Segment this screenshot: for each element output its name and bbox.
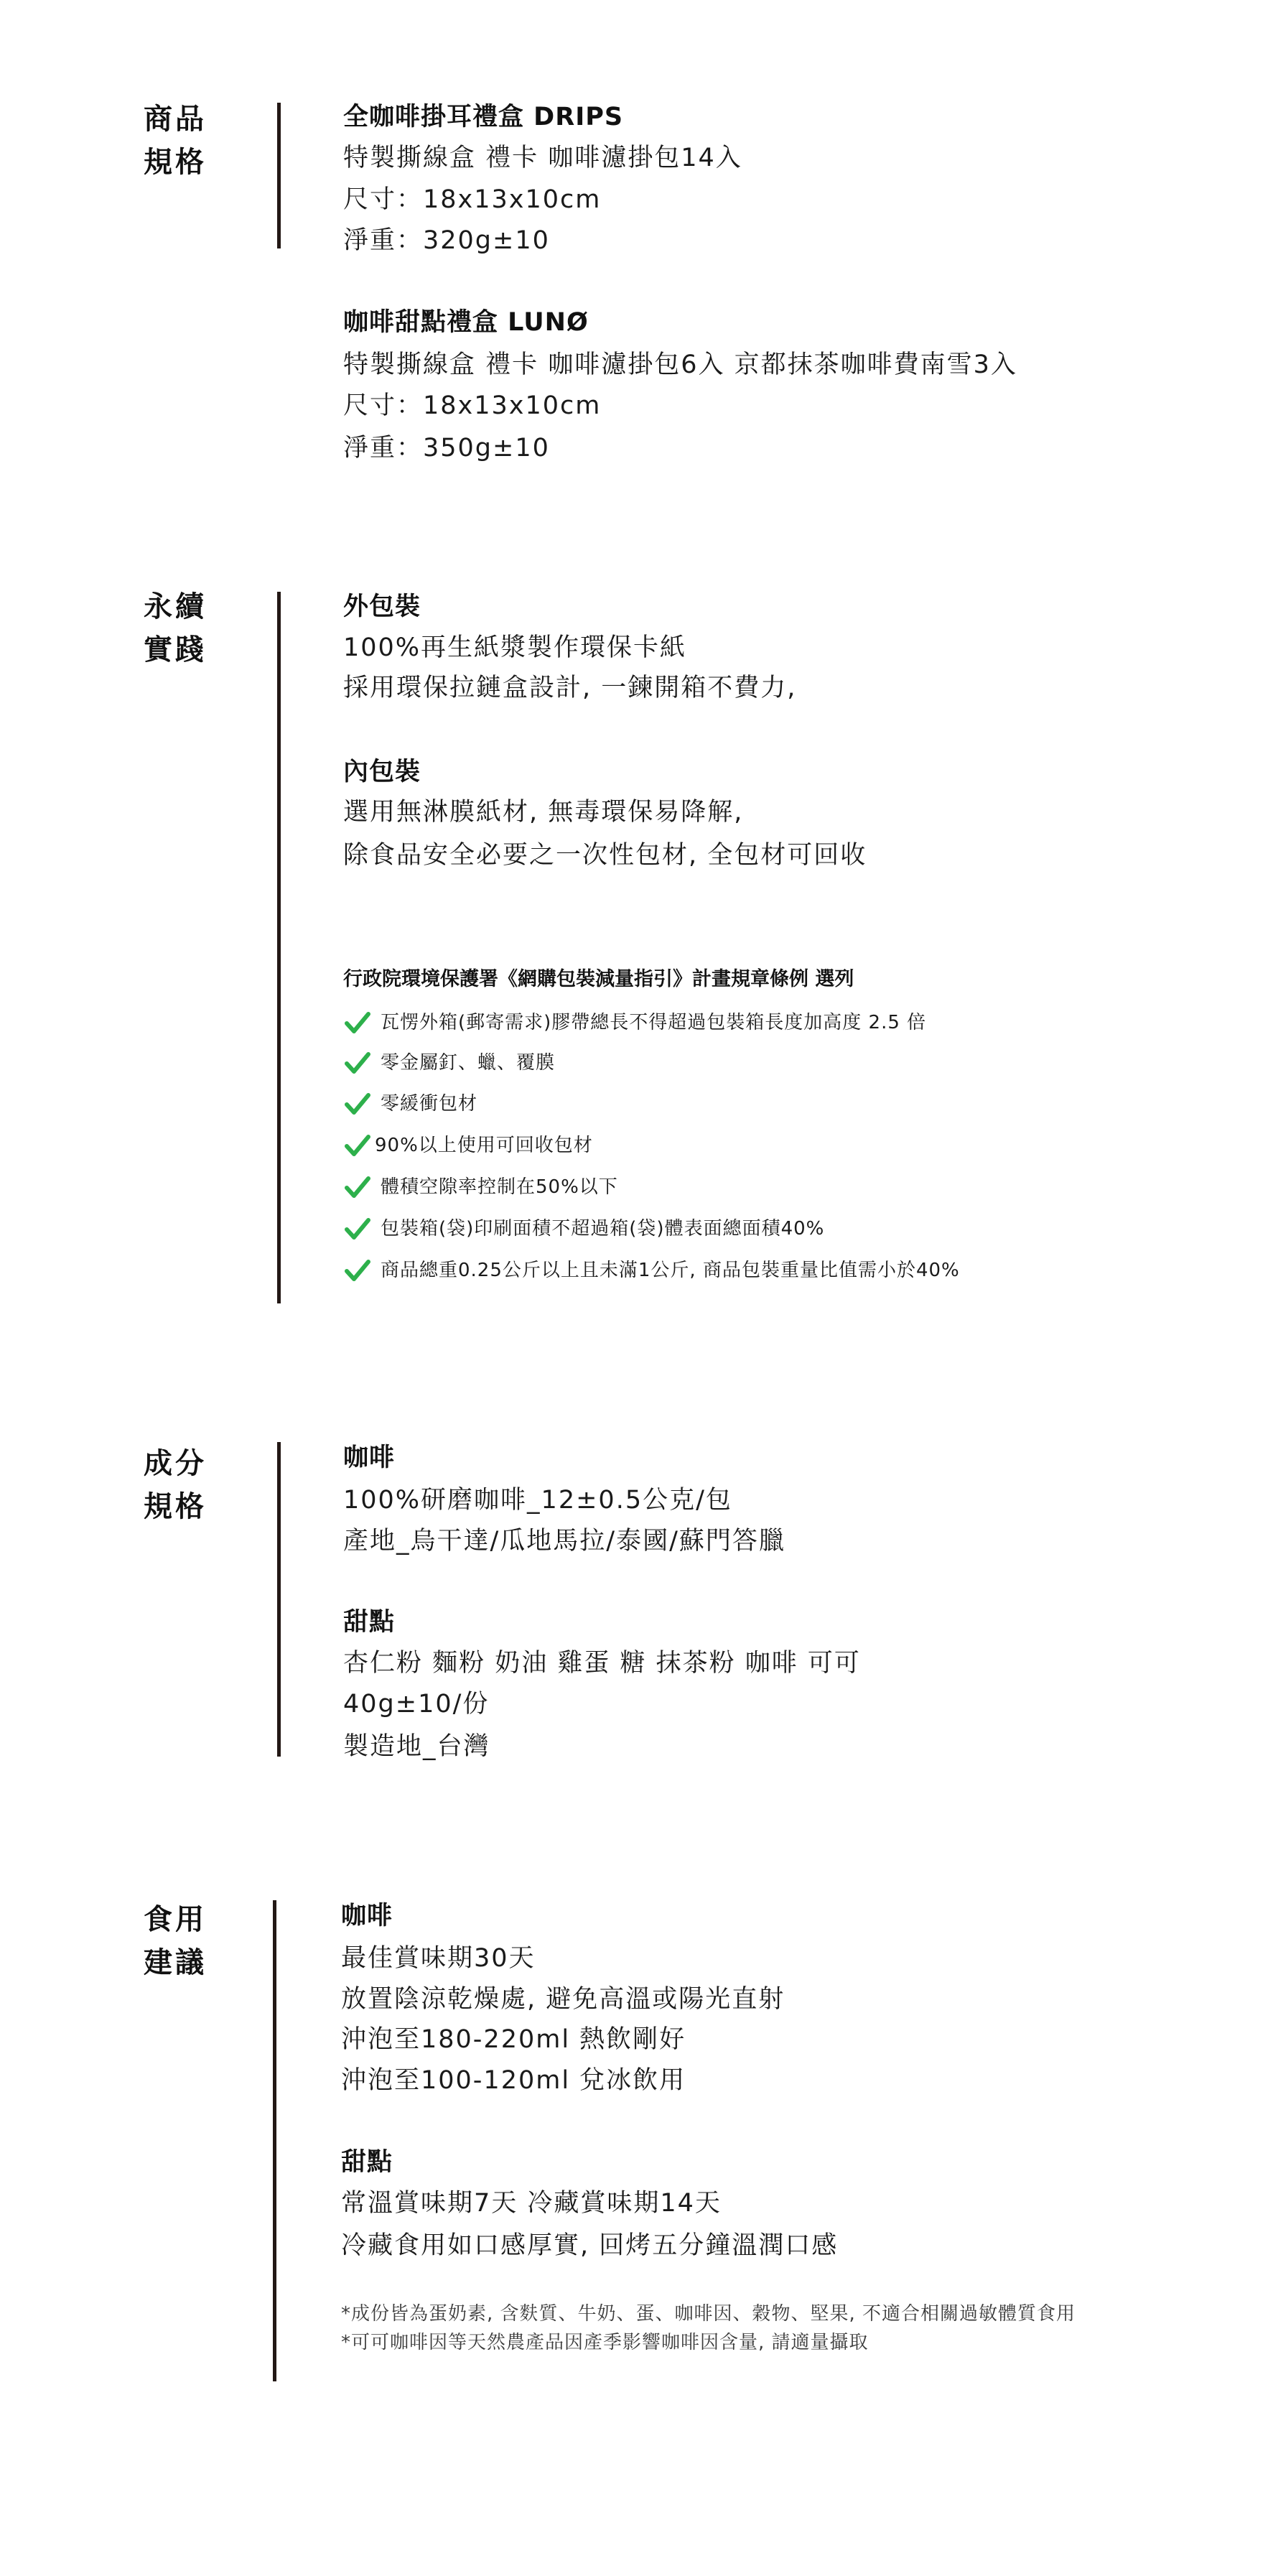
coffee-line: 100%研磨咖啡_12±0.5公克/包 xyxy=(343,1484,732,1516)
section-label: 商品 規格 xyxy=(144,98,223,184)
label-line-2: 規格 xyxy=(144,141,223,184)
product-line: 淨重：320g±10 xyxy=(343,225,550,256)
dessert-line: 製造地_台灣 xyxy=(343,1731,490,1762)
divider-line xyxy=(277,592,281,1303)
regulation-item: 商品總重0.25公斤以上且未滿1公斤, 商品包裝重量比值需小於40% xyxy=(343,1257,960,1283)
label-line-2: 規格 xyxy=(144,1485,223,1528)
divider-line xyxy=(277,103,281,248)
inner-packaging-title: 內包裝 xyxy=(343,756,421,788)
regulation-item: 包裝箱(袋)印刷面積不超過箱(袋)體表面總面積40% xyxy=(343,1216,824,1242)
coffee-line: 最佳賞味期30天 xyxy=(341,1943,536,1974)
product-title: 全咖啡掛耳禮盒 DRIPS xyxy=(343,101,623,133)
check-icon xyxy=(343,1216,372,1242)
inner-packaging-line: 選用無淋膜紙材, 無毒環保易降解, xyxy=(343,796,743,828)
dessert-title: 甜點 xyxy=(341,2147,393,2178)
check-icon xyxy=(343,1091,372,1117)
footnote: *成份皆為蛋奶素, 含麩質、牛奶、蛋、咖啡因、穀物、堅果, 不適合相關過敏體質食… xyxy=(341,2301,1076,2327)
regulation-item: 90%以上使用可回收包材 xyxy=(343,1133,593,1158)
product-line: 淨重：350g±10 xyxy=(343,432,550,464)
product-line: 特製撕線盒 禮卡 咖啡濾掛包6入 京都抹茶咖啡費南雪3入 xyxy=(343,349,1017,381)
label-line-1: 成分 xyxy=(144,1442,223,1485)
coffee-line: 產地_烏干達/瓜地馬拉/泰國/蘇門答臘 xyxy=(343,1525,785,1557)
regulation-item-text: 零金屬釘、蠟、覆膜 xyxy=(381,1050,555,1076)
label-line-2: 實踐 xyxy=(144,628,223,671)
regulation-item-text: 包裝箱(袋)印刷面積不超過箱(袋)體表面總面積40% xyxy=(381,1216,824,1242)
regulation-item-text: 90%以上使用可回收包材 xyxy=(375,1133,593,1158)
regulation-title: 行政院環境保護署《網購包裝減量指引》計畫規章條例 選列 xyxy=(343,967,854,992)
dessert-line: 常溫賞味期7天 冷藏賞味期14天 xyxy=(341,2187,722,2219)
check-icon xyxy=(343,1174,372,1200)
regulation-item-text: 商品總重0.25公斤以上且未滿1公斤, 商品包裝重量比值需小於40% xyxy=(381,1257,960,1283)
regulation-item-text: 零緩衝包材 xyxy=(381,1091,477,1117)
coffee-title: 咖啡 xyxy=(343,1442,395,1474)
section-label: 永續 實踐 xyxy=(144,585,223,671)
dessert-title: 甜點 xyxy=(343,1606,395,1638)
coffee-line: 放置陰涼乾燥處, 避免高溫或陽光直射 xyxy=(341,1984,785,2015)
regulation-item: 瓦愣外箱(郵寄需求)膠帶總長不得超過包裝箱長度加高度 2.5 倍 xyxy=(343,1010,926,1036)
regulation-item: 零金屬釘、蠟、覆膜 xyxy=(343,1050,555,1076)
product-line: 尺寸：18x13x10cm xyxy=(343,184,601,215)
dessert-line: 冷藏食用如口感厚實, 回烤五分鐘溫潤口感 xyxy=(341,2230,838,2261)
label-line-1: 食用 xyxy=(144,1898,223,1941)
inner-packaging-line: 除食品安全必要之一次性包材, 全包材可回收 xyxy=(343,840,867,871)
check-icon xyxy=(343,1133,372,1158)
coffee-title: 咖啡 xyxy=(341,1900,393,1932)
section-label: 成分 規格 xyxy=(144,1442,223,1528)
check-icon xyxy=(343,1050,372,1076)
dessert-line: 杏仁粉 麵粉 奶油 雞蛋 糖 抹茶粉 咖啡 可可 xyxy=(343,1647,861,1679)
divider-line xyxy=(277,1442,281,1757)
regulation-item: 體積空隙率控制在50%以下 xyxy=(343,1174,618,1200)
regulation-item: 零緩衝包材 xyxy=(343,1091,477,1117)
product-line: 特製撕線盒 禮卡 咖啡濾掛包14入 xyxy=(343,142,742,174)
outer-packaging-line: 100%再生紙漿製作環保卡紙 xyxy=(343,632,686,664)
dessert-line: 40g±10/份 xyxy=(343,1688,489,1720)
check-icon xyxy=(343,1257,372,1283)
divider-line xyxy=(273,1900,276,2381)
product-title: 咖啡甜點禮盒 LUNØ xyxy=(343,307,589,338)
coffee-line: 沖泡至100-120ml 兌冰飲用 xyxy=(341,2065,686,2096)
outer-packaging-line: 採用環保拉鏈盒設計, 一鍊開箱不費力, xyxy=(343,672,796,704)
regulation-item-text: 瓦愣外箱(郵寄需求)膠帶總長不得超過包裝箱長度加高度 2.5 倍 xyxy=(381,1010,926,1036)
label-line-2: 建議 xyxy=(144,1941,223,1984)
product-line: 尺寸：18x13x10cm xyxy=(343,390,601,422)
footnote: *可可咖啡因等天然農產品因產季影響咖啡因含量, 請適量攝取 xyxy=(341,2330,869,2356)
section-label: 食用 建議 xyxy=(144,1898,223,1984)
coffee-line: 沖泡至180-220ml 熱飲剛好 xyxy=(341,2024,686,2055)
outer-packaging-title: 外包裝 xyxy=(343,591,421,623)
label-line-1: 商品 xyxy=(144,98,223,141)
label-line-1: 永續 xyxy=(144,585,223,628)
check-icon xyxy=(343,1010,372,1036)
regulation-item-text: 體積空隙率控制在50%以下 xyxy=(381,1174,618,1200)
